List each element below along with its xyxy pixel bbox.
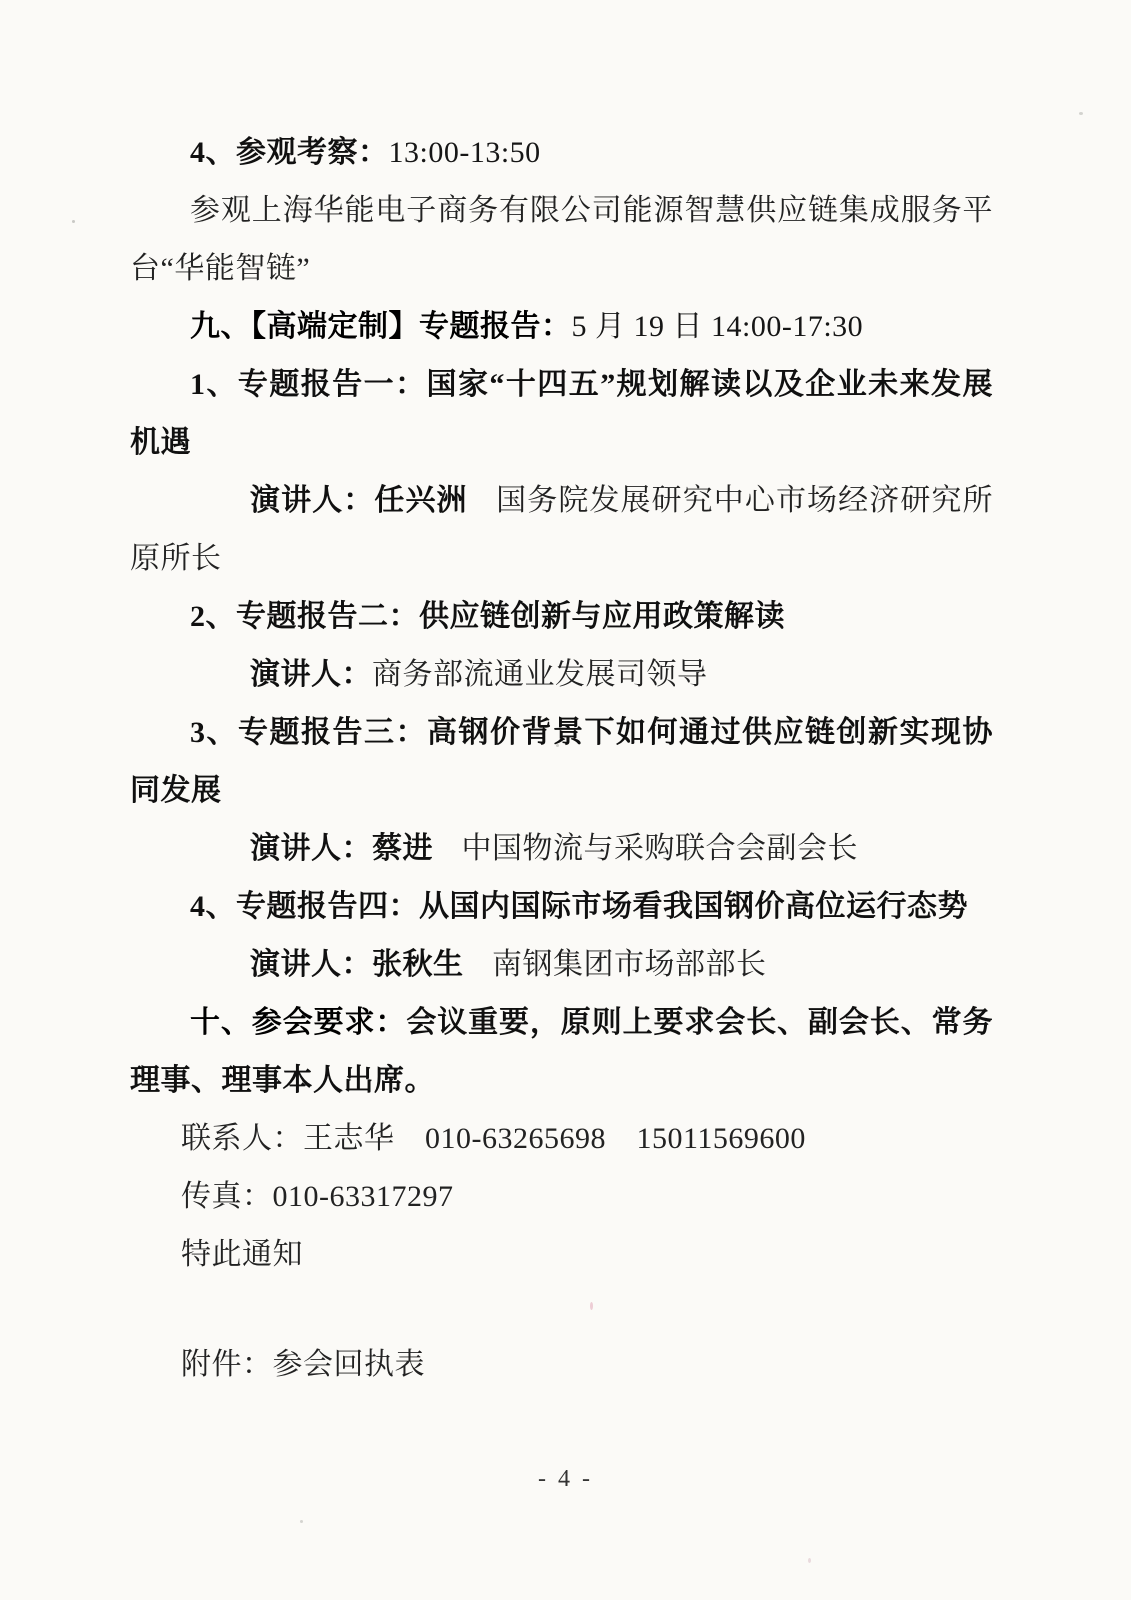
report-4-speaker-affiliation: 南钢集团市场部部长 — [492, 948, 767, 981]
visit-item-body: 参观上海华能电子商务有限公司能源智慧供应链集成服务平台“华能智链” — [130, 182, 993, 298]
contact-line: 联系人：王志华 010-63265698 15011569600 — [130, 1110, 993, 1168]
scan-speck — [72, 220, 75, 223]
report-1-speaker-label: 演讲人：任兴洲 — [250, 484, 468, 517]
scan-speck — [808, 1558, 811, 1563]
visit-item-time: 13:00-13:50 — [389, 136, 541, 169]
scanned-document-page: 4、参观考察：13:00-13:50 参观上海华能电子商务有限公司能源智慧供应链… — [0, 0, 1131, 1600]
section-nine-heading: 九、【高端定制】专题报告： — [190, 310, 572, 343]
visit-item-line: 4、参观考察：13:00-13:50 — [130, 124, 993, 182]
report-1-title: 1、专题报告一：国家“十四五”规划解读以及企业未来发展机遇 — [130, 356, 993, 472]
report-3-speaker-affiliation: 中国物流与采购联合会副会长 — [462, 832, 859, 865]
report-4-speaker-line: 演讲人：张秋生南钢集团市场部部长 — [130, 936, 993, 994]
attachment-line: 附件：参会回执表 — [130, 1336, 993, 1394]
section-ten-line: 十、参会要求：会议重要，原则上要求会长、副会长、常务理事、理事本人出席。 — [130, 994, 993, 1110]
report-2-speaker-line: 演讲人：商务部流通业发展司领导 — [130, 646, 993, 704]
report-2-speaker-affiliation: 商务部流通业发展司领导 — [372, 658, 708, 691]
fax-line: 传真：010-63317297 — [130, 1168, 993, 1226]
report-3-speaker-label: 演讲人：蔡进 — [250, 832, 433, 865]
section-nine-heading-line: 九、【高端定制】专题报告：5 月 19 日 14:00-17:30 — [130, 298, 993, 356]
page-number: - 4 - — [0, 1466, 1131, 1493]
report-4-speaker-label: 演讲人：张秋生 — [250, 948, 464, 981]
report-3-title: 3、专题报告三：高钢价背景下如何通过供应链创新实现协同发展 — [130, 704, 993, 820]
report-4-title: 4、专题报告四：从国内国际市场看我国钢价高位运行态势 — [130, 878, 993, 936]
report-2-speaker-label: 演讲人： — [250, 658, 372, 691]
report-2-title: 2、专题报告二：供应链创新与应用政策解读 — [130, 588, 993, 646]
document-body: 4、参观考察：13:00-13:50 参观上海华能电子商务有限公司能源智慧供应链… — [130, 124, 993, 1394]
report-1-speaker-line: 演讲人：任兴洲国务院发展研究中心市场经济研究所原所长 — [130, 472, 993, 588]
scan-speck — [1079, 112, 1083, 115]
section-ten-heading: 十、参会要求： — [190, 1006, 406, 1039]
visit-item-label: 4、参观考察： — [190, 136, 389, 169]
section-nine-heading-time: 5 月 19 日 14:00-17:30 — [572, 310, 864, 343]
report-3-speaker-line: 演讲人：蔡进中国物流与采购联合会副会长 — [130, 820, 993, 878]
scan-speck — [300, 1520, 303, 1523]
notice-line: 特此通知 — [130, 1226, 993, 1284]
